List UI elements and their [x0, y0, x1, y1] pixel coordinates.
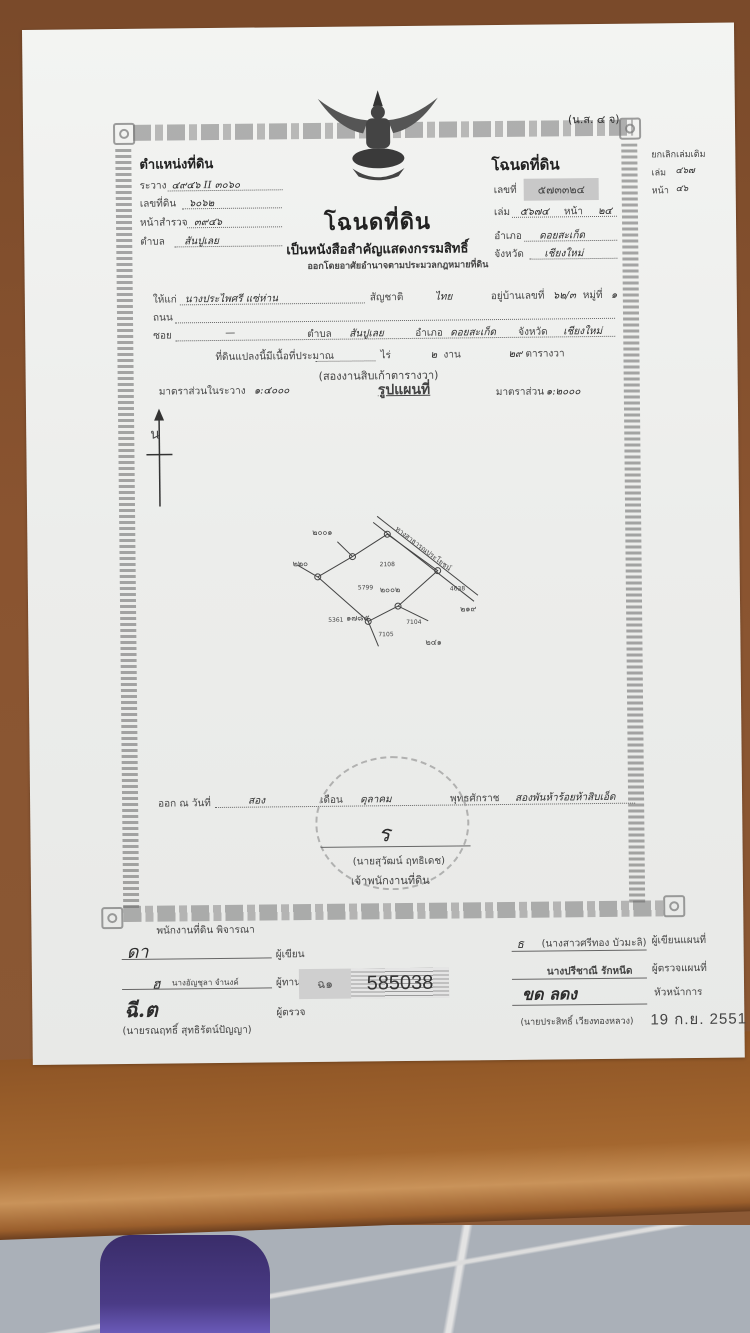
neighbor-parcel: ๑๗๘๕ [346, 611, 369, 624]
garuda-emblem-icon [308, 88, 449, 189]
margin-note-book-value: ๔๖๗ [675, 163, 694, 177]
owner-to-label: ให้แก่ [153, 292, 177, 307]
map-checker-line [512, 978, 647, 980]
land-no-label: เลขที่ดิน [140, 196, 176, 211]
marker-id: 2108 [380, 561, 395, 568]
corner-ornament-icon [113, 123, 135, 145]
reader-line [122, 987, 272, 990]
rawang-scale-label: มาตราส่วนในระวาง [159, 384, 246, 400]
serial-number-box: ฉ๑ 585038 [299, 968, 449, 1000]
area-label: ที่ดินแปลงนี้มีเนื้อที่ประมาณ [215, 349, 334, 365]
neighbor-parcel: ๒๑๙ [460, 602, 476, 615]
road-line [175, 318, 615, 324]
security-border-left [115, 149, 139, 909]
checker-signature: ฉี.ต [124, 994, 158, 1026]
neighbor-parcel: ๒๔๑ [425, 636, 442, 649]
map-checker-label: ผู้ตรวจแผนที่ [652, 961, 707, 977]
survey-page-label: หน้าสำรวจ [140, 215, 188, 230]
security-border-bottom [123, 900, 663, 922]
reader-label: ผู้ทาน [276, 975, 301, 990]
corner-ornament-icon [101, 907, 123, 929]
checker-label: ผู้ตรวจ [276, 1005, 305, 1020]
tambon-label: ตำบล [140, 235, 165, 250]
road-label: ถนน [153, 310, 173, 325]
margin-note-line1: ยกเลิกเล่มเดิม [651, 147, 705, 162]
center-parcel: ๒๐๐๒ [380, 583, 400, 596]
tambon-line [174, 245, 282, 247]
land-position-heading: ตำแหน่งที่ดิน [139, 153, 213, 175]
ngan-value: ๒ [430, 348, 437, 363]
deed-heading: โฉนดที่ดิน [491, 152, 559, 177]
officer-name: (นายสุวัฒน์ ฤทธิเดช) [353, 854, 445, 870]
left-signatures-header: พนักงานที่ดิน พิจารณา [156, 923, 254, 939]
marker-id: 4638 [450, 585, 465, 592]
moo-value: ๑ [611, 288, 618, 303]
marker-id: 7104 [406, 619, 421, 626]
head-label: หัวหน้าการ [654, 985, 702, 1001]
serial-prefix: ฉ๑ [299, 974, 351, 994]
head-name: (นายประสิทธิ์ เวียงทองหลวง) [520, 1014, 633, 1029]
wa-value: ๒๙ [508, 347, 522, 362]
rai-label: ไร่ [380, 348, 391, 363]
rawang-label: ระวาง [140, 178, 167, 193]
issue-at-label: ออก ณ วันที่ [158, 796, 211, 812]
house-no-label: อยู่บ้านเลขที่ [491, 289, 545, 305]
nationality-value: ไทย [435, 290, 453, 305]
neighbor-parcel: ๒๒๐ [293, 557, 309, 570]
land-title-paper: (น.ส. ๔ จ) ตำแหน่งที่ดิน ระวาง ๔๙๔๖ II ๓… [22, 23, 745, 1065]
soi-value: — [225, 328, 235, 339]
shoe [100, 1235, 270, 1333]
checker-name: (นายรณฤทธิ์ สุทธิรัตน์ปัญญา) [122, 1023, 251, 1039]
wa-label: ตารางวา [525, 346, 564, 361]
amphoe-label: อำเภอ [494, 229, 522, 244]
deed-number-label: เลขที่ [494, 183, 517, 198]
marker-id: 7105 [378, 631, 393, 638]
ngan-label: งาน [443, 347, 460, 362]
margin-note-page-label: หน้า [652, 183, 669, 197]
nationality-label: สัญชาติ [370, 290, 404, 305]
head-line [512, 1004, 647, 1006]
neighbor-parcel: ๒๐๐๑ [312, 526, 332, 539]
rai-line [315, 360, 375, 362]
margin-note-book-label: เล่ม [651, 165, 666, 179]
writer-signature: ดา [127, 937, 149, 966]
moo-label: หมู่ที่ [583, 288, 603, 303]
reader-signature: ฮ [152, 974, 161, 996]
date-stamp: 19 ก.ย. 2551 [650, 1006, 747, 1031]
north-label: น [150, 424, 160, 446]
map-writer-line [512, 950, 647, 952]
officer-title: เจ้าพนักงานที่ดิน [351, 871, 430, 890]
province-label: จังหวัด [494, 247, 524, 262]
corner-ornament-icon [663, 895, 685, 917]
map-scale-value: ๑:๒๐๐๐ [546, 384, 581, 399]
soi-label: ซอย [153, 328, 172, 343]
map-title: รูปแผนที่ [378, 379, 431, 402]
book-label: เล่ม [494, 205, 510, 220]
margin-note-page-value: ๔๖ [676, 181, 689, 195]
writer-line [122, 957, 272, 960]
corner-ornament-icon [619, 118, 641, 140]
document-title: โฉนดที่ดิน [324, 204, 431, 240]
marker-id: 5361 [328, 617, 343, 624]
land-no-line [182, 207, 282, 209]
map-writer-label: ผู้เขียนแผนที่ [651, 933, 706, 949]
soi-line [175, 336, 615, 342]
house-no-value: ๖๒/๓ [553, 288, 576, 303]
issued-by: ออกโดยอาศัยอำนาจตามประมวลกฎหมายที่ดิน [307, 257, 488, 273]
rawang-scale-value: ๑:๔๐๐๐ [254, 383, 290, 398]
north-arrow-icon [144, 406, 175, 506]
security-border-right [621, 144, 645, 904]
map-scale-label: มาตราส่วน [496, 385, 544, 401]
land-title-deed: (น.ส. ๔ จ) ตำแหน่งที่ดิน ระวาง ๔๙๔๖ II ๓… [22, 23, 745, 1065]
writer-label: ผู้เขียน [276, 947, 305, 962]
deed-number-value: ๕๗๓๓๒๔ [524, 178, 599, 201]
form-code: (น.ส. ๔ จ) [568, 110, 620, 129]
survey-page-line [187, 226, 282, 228]
marker-id: 5799 [358, 584, 373, 591]
serial-number: 585038 [351, 968, 449, 999]
